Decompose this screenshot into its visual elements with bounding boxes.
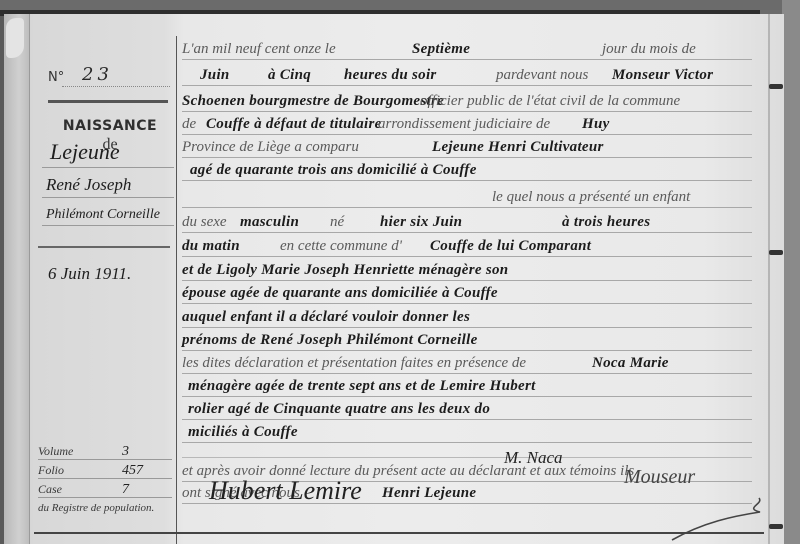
handwritten-text: et de Ligoly Marie Joseph Henriette ména… xyxy=(182,262,508,279)
page-curl xyxy=(4,14,30,544)
handwritten-text: Lejeune Henri Cultivateur xyxy=(432,139,604,156)
margin-divider xyxy=(176,36,177,544)
register-row-case: Case 7 xyxy=(38,480,172,498)
register-value: 3 xyxy=(122,444,129,460)
signature-witness-2: Hubert Lemire xyxy=(209,476,362,506)
register-row-folio: Folio 457 xyxy=(38,461,172,479)
handwritten-text: à trois heures xyxy=(562,214,650,231)
register-label: Folio xyxy=(38,463,64,478)
printed-text: officier public de l'état civil de la co… xyxy=(420,93,680,110)
entry-line xyxy=(182,434,752,458)
handwritten-text: Noca Marie xyxy=(592,355,669,372)
subject-given-names: René Joseph xyxy=(46,175,131,195)
printed-text: né xyxy=(330,214,344,231)
printed-text: du sexe xyxy=(182,214,227,231)
subject-surname-line: Lejeune xyxy=(42,142,174,168)
handwritten-text: rolier agé de Cinquante quatre ans les d… xyxy=(188,401,490,418)
entry-number-label: N° xyxy=(48,70,64,85)
entry-line: les dites déclaration et présentation fa… xyxy=(182,350,752,374)
handwritten-text: Huy xyxy=(582,116,610,133)
printed-text: pardevant nous xyxy=(496,67,588,84)
entry-line: prénoms de René Joseph Philémont Corneil… xyxy=(182,327,752,351)
entry-line: épouse agée de quarante ans domiciliée à… xyxy=(182,280,752,304)
page-right-edge xyxy=(768,14,770,544)
entry-line: agé de quarante trois ans domicilié à Co… xyxy=(182,157,752,181)
population-register-ref: Volume 3 Folio 457 Case 7 du Registre de… xyxy=(38,442,172,514)
register-page: N° 23 NAISSANCE de Lejeune René Joseph P… xyxy=(4,14,784,544)
printed-text: le quel nous a présenté un enfant xyxy=(492,189,690,206)
handwritten-text: Couffe à défaut de titulaire xyxy=(206,116,382,133)
binding-mark xyxy=(769,250,783,255)
entry-line: Province de Liège a comparuLejeune Henri… xyxy=(182,134,752,158)
entry-line: deCouffe à défaut de titulairearrondisse… xyxy=(182,111,752,135)
printed-text: arrondissement judiciaire de xyxy=(378,116,550,133)
register-value: 7 xyxy=(122,482,129,498)
handwritten-text: épouse agée de quarante ans domiciliée à… xyxy=(182,285,498,302)
register-row-volume: Volume 3 xyxy=(38,442,172,460)
binding-mark xyxy=(769,84,783,89)
printed-text: en cette commune d' xyxy=(280,238,402,255)
entry-line: ménagère agée de trente sept ans et de L… xyxy=(182,373,752,397)
register-value: 457 xyxy=(122,463,143,479)
handwritten-text: hier six Juin xyxy=(380,214,462,231)
handwritten-text: à Cinq xyxy=(268,67,311,84)
record-type-title: NAISSANCE xyxy=(48,118,172,134)
register-label: Case xyxy=(38,482,62,497)
handwritten-text: agé de quarante trois ans domicilié à Co… xyxy=(190,162,477,179)
entry-line: rolier agé de Cinquante quatre ans les d… xyxy=(182,396,752,420)
handwritten-text: ménagère agée de trente sept ans et de L… xyxy=(188,378,536,395)
printed-text: de xyxy=(182,116,196,133)
subject-given-line: René Joseph xyxy=(42,172,174,198)
subject-given-names-2: Philémont Corneille xyxy=(46,207,160,223)
subject-surname: Lejeune xyxy=(50,139,120,165)
margin-rule xyxy=(48,100,168,103)
entry-number: N° 23 xyxy=(48,64,168,92)
signature-flourish xyxy=(664,494,774,544)
handwritten-text: Couffe de lui Comparant xyxy=(430,238,591,255)
handwritten-text: Henri Lejeune xyxy=(382,485,476,502)
handwritten-text: prénoms de René Joseph Philémont Corneil… xyxy=(182,332,478,349)
handwritten-text: Schoenen bourgmestre de Bourgomestre xyxy=(182,93,444,110)
entry-line: du matinen cette commune d'Couffe de lui… xyxy=(182,233,752,257)
entry-number-value: 23 xyxy=(82,64,113,85)
handwritten-text: Juin xyxy=(200,67,230,84)
handwritten-text: Monseur Victor xyxy=(612,67,713,84)
entry-line: le quel nous a présenté un enfant xyxy=(182,184,752,208)
printed-text: L'an mil neuf cent onze le xyxy=(182,41,336,58)
entry-line: Juinà Cinqheures du soirpardevant nousMo… xyxy=(182,62,752,86)
register-label: Volume xyxy=(38,444,73,459)
handwritten-text: heures du soir xyxy=(344,67,437,84)
entry-bottom-rule xyxy=(34,532,764,534)
entry-line: Schoenen bourgmestre de Bourgomestreoffi… xyxy=(182,88,752,112)
entry-line: auquel enfant il a déclaré vouloir donne… xyxy=(182,304,752,328)
entry-line: du sexemasculinnéhier six Juinà trois he… xyxy=(182,209,752,233)
subject-rule xyxy=(38,246,170,248)
handwritten-text: Septième xyxy=(412,41,470,58)
subject-given-line-2: Philémont Corneille xyxy=(42,200,174,226)
signature-officer: Mouseur xyxy=(624,466,695,489)
book-edge-right xyxy=(782,0,800,544)
entry-line: L'an mil neuf cent onze leSeptièmejour d… xyxy=(182,36,752,60)
record-date: 6 Juin 1911. xyxy=(48,264,131,284)
printed-text: les dites déclaration et présentation fa… xyxy=(182,355,526,372)
entry-line: et de Ligoly Marie Joseph Henriette ména… xyxy=(182,257,752,281)
signature-witness-1: M. Naca xyxy=(504,448,563,468)
page-fold-corner xyxy=(6,18,24,58)
entry-number-underline xyxy=(62,86,170,87)
printed-text: jour du mois de xyxy=(602,41,696,58)
handwritten-text: auquel enfant il a déclaré vouloir donne… xyxy=(182,309,470,326)
handwritten-text: masculin xyxy=(240,214,299,231)
register-footer: du Registre de population. xyxy=(38,502,172,514)
handwritten-text: du matin xyxy=(182,238,240,255)
printed-text: Province de Liège a comparu xyxy=(182,139,359,156)
